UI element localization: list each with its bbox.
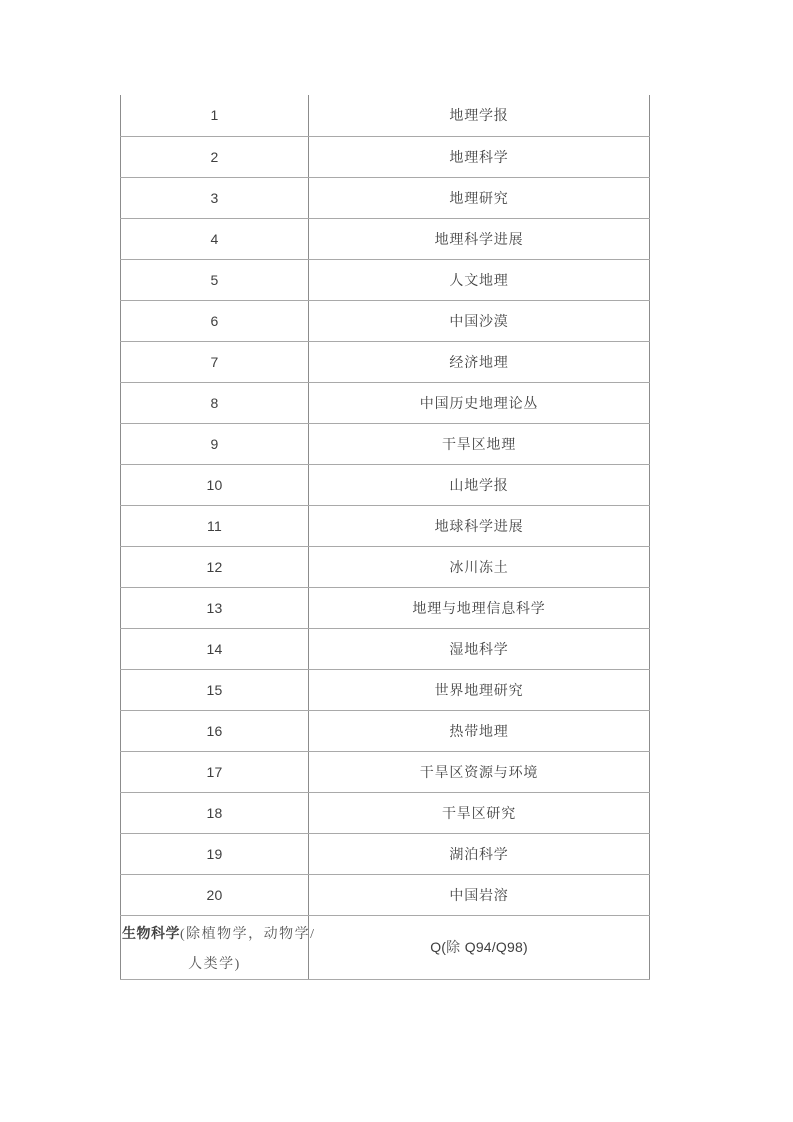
rank-cell: 3	[121, 177, 309, 218]
journal-cell: 湿地科学	[309, 628, 650, 669]
rank-cell: 16	[121, 710, 309, 751]
journal-row: 13地理与地理信息科学	[121, 587, 650, 628]
journal-cell: 热带地理	[309, 710, 650, 751]
journal-row: 15世界地理研究	[121, 669, 650, 710]
rank-cell: 6	[121, 300, 309, 341]
rank-cell: 17	[121, 751, 309, 792]
category-code-cell: Q(除 Q94/Q98)	[309, 915, 650, 979]
journal-table: 1地理学报2地理科学3地理研究4地理科学进展5人文地理6中国沙漠7经济地理8中国…	[120, 95, 650, 980]
journal-cell: 冰川冻土	[309, 546, 650, 587]
journal-cell: 中国岩溶	[309, 874, 650, 915]
rank-cell: 4	[121, 218, 309, 259]
journal-cell: 干旱区地理	[309, 423, 650, 464]
journal-row: 16热带地理	[121, 710, 650, 751]
rank-cell: 5	[121, 259, 309, 300]
journal-row: 7经济地理	[121, 341, 650, 382]
journal-cell: 山地学报	[309, 464, 650, 505]
category-cell: 生物科学(除植物学，动物学/ 人类学)	[121, 915, 309, 979]
rank-cell: 8	[121, 382, 309, 423]
rank-cell: 15	[121, 669, 309, 710]
journal-row: 18干旱区研究	[121, 792, 650, 833]
journal-row: 6中国沙漠	[121, 300, 650, 341]
code-suffix: Q94/Q98)	[461, 939, 528, 955]
code-prefix: Q(	[430, 939, 446, 955]
category-row: 生物科学(除植物学，动物学/ 人类学) Q(除 Q94/Q98)	[121, 915, 650, 979]
journal-cell: 中国历史地理论丛	[309, 382, 650, 423]
code-cn: 除	[446, 941, 461, 956]
rank-cell: 20	[121, 874, 309, 915]
journal-cell: 地理与地理信息科学	[309, 587, 650, 628]
category-line1: 生物科学(除植物学，动物学/	[122, 919, 307, 949]
rank-cell: 18	[121, 792, 309, 833]
journal-cell: 地理科学进展	[309, 218, 650, 259]
journal-row: 14湿地科学	[121, 628, 650, 669]
journal-row: 12冰川冻土	[121, 546, 650, 587]
journal-cell: 地理科学	[309, 136, 650, 177]
journal-row: 1地理学报	[121, 95, 650, 136]
journal-row: 3地理研究	[121, 177, 650, 218]
journal-cell: 干旱区资源与环境	[309, 751, 650, 792]
category-name-paren-2: 人类学)	[188, 957, 241, 972]
category-rows: 生物科学(除植物学，动物学/ 人类学) Q(除 Q94/Q98)	[121, 915, 650, 979]
rank-cell: 9	[121, 423, 309, 464]
category-line2: 人类学)	[122, 949, 307, 979]
category-name-bold: 生物科学	[122, 925, 180, 941]
rank-cell: 14	[121, 628, 309, 669]
journal-row: 19湖泊科学	[121, 833, 650, 874]
journal-row: 8中国历史地理论丛	[121, 382, 650, 423]
rank-cell: 1	[121, 95, 309, 136]
journal-cell: 经济地理	[309, 341, 650, 382]
journal-cell: 中国沙漠	[309, 300, 650, 341]
journal-cell: 湖泊科学	[309, 833, 650, 874]
rank-cell: 19	[121, 833, 309, 874]
rank-cell: 10	[121, 464, 309, 505]
category-name-paren: (除植物学，动物学/	[180, 927, 316, 942]
journal-row: 2地理科学	[121, 136, 650, 177]
journal-row: 5人文地理	[121, 259, 650, 300]
journal-cell: 世界地理研究	[309, 669, 650, 710]
rank-cell: 12	[121, 546, 309, 587]
journal-row: 10山地学报	[121, 464, 650, 505]
document-page: 1地理学报2地理科学3地理研究4地理科学进展5人文地理6中国沙漠7经济地理8中国…	[0, 0, 793, 1122]
journal-cell: 地理学报	[309, 95, 650, 136]
journal-cell: 地球科学进展	[309, 505, 650, 546]
rank-cell: 2	[121, 136, 309, 177]
journal-cell: 地理研究	[309, 177, 650, 218]
journal-row: 4地理科学进展	[121, 218, 650, 259]
journal-rows: 1地理学报2地理科学3地理研究4地理科学进展5人文地理6中国沙漠7经济地理8中国…	[121, 95, 650, 915]
journal-row: 9干旱区地理	[121, 423, 650, 464]
journal-row: 17干旱区资源与环境	[121, 751, 650, 792]
journal-cell: 干旱区研究	[309, 792, 650, 833]
rank-cell: 7	[121, 341, 309, 382]
rank-cell: 11	[121, 505, 309, 546]
journal-cell: 人文地理	[309, 259, 650, 300]
rank-cell: 13	[121, 587, 309, 628]
journal-row: 11地球科学进展	[121, 505, 650, 546]
journal-row: 20中国岩溶	[121, 874, 650, 915]
